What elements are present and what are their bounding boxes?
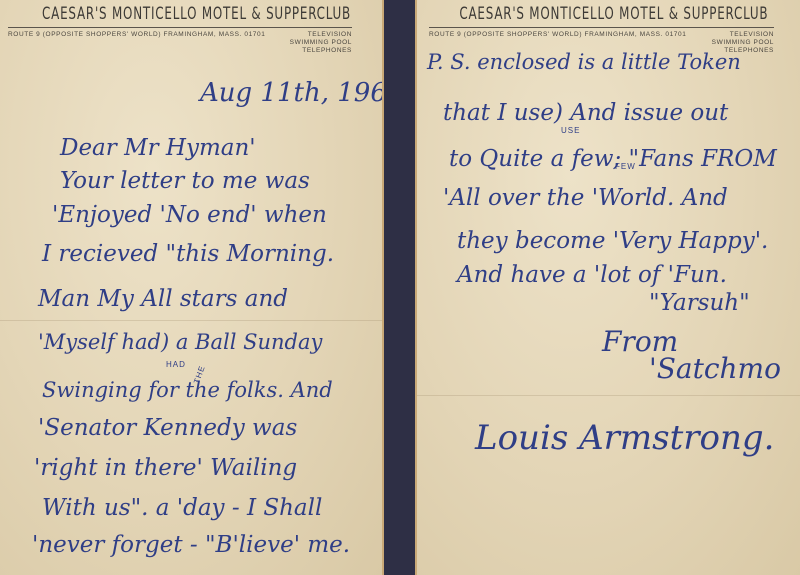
letter-line: 'All over the 'World. And	[443, 185, 728, 211]
letterhead-address: ROUTE 9 (OPPOSITE SHOPPERS' WORLD) FRAMI…	[8, 31, 265, 38]
paper-fold	[0, 320, 382, 321]
letter-line: they become 'Very Happy'.	[457, 228, 768, 254]
letter-line: Swinging for the folks. And	[42, 378, 333, 402]
letter-line: that I use) And issue out	[443, 100, 728, 126]
letter-line: P. S. enclosed is a little Token	[427, 50, 741, 74]
amenity-television: TELEVISION	[712, 31, 774, 39]
letter-date: Aug 11th, 1967	[200, 78, 384, 108]
amenity-pool: SWIMMING POOL	[712, 39, 774, 47]
letter-line: Man My All stars and	[38, 286, 288, 312]
letterhead-title: CAESAR'S MONTICELLO MOTEL & SUPPERCLUB	[42, 4, 340, 24]
letter-line: 'Enjoyed 'No end' when	[52, 202, 327, 228]
letterhead-amenities: TELEVISION SWIMMING POOL TELEPHONES	[290, 31, 352, 55]
letter-line: 'Myself had) a Ball Sunday	[38, 330, 322, 354]
letterhead-address: ROUTE 9 (OPPOSITE SHOPPERS' WORLD) FRAMI…	[429, 31, 686, 38]
annotation-use: USE	[561, 126, 580, 135]
letter-line: to Quite a few; "Fans FROM	[449, 146, 777, 172]
amenity-pool: SWIMMING POOL	[290, 39, 352, 47]
annotation-few: FEW	[615, 162, 636, 171]
letter-line: I recieved "this Morning.	[42, 241, 334, 267]
letter-line: Your letter to me was	[60, 168, 310, 194]
annotation-had: HAD	[166, 360, 186, 369]
letterhead-rule	[8, 27, 352, 28]
letter-line: 'Senator Kennedy was	[38, 415, 297, 441]
letter-line: And have a 'lot of 'Fun.	[457, 262, 727, 288]
letter-line: 'right in there' Wailing	[34, 455, 297, 481]
letter-line: Dear Mr Hyman'	[60, 135, 256, 161]
letter-line: "Yarsuh"	[649, 290, 750, 316]
amenity-telephones: TELEPHONES	[290, 47, 352, 55]
signature-louis-armstrong: Louis Armstrong.	[475, 418, 774, 458]
letter-line: 'never forget - "B'lieve' me.	[32, 532, 350, 558]
letterhead-rule	[429, 27, 774, 28]
paper-fold	[417, 395, 800, 396]
amenity-television: TELEVISION	[290, 31, 352, 39]
frame-mat-divider	[384, 0, 413, 575]
letter-line: With us". a 'day - I Shall	[42, 495, 322, 521]
signature-satchmo: 'Satchmo	[649, 352, 781, 385]
letterhead-title: CAESAR'S MONTICELLO MOTEL & SUPPERCLUB	[459, 4, 759, 24]
letter-page-1: CAESAR'S MONTICELLO MOTEL & SUPPERCLUB R…	[0, 0, 384, 575]
letter-page-2: CAESAR'S MONTICELLO MOTEL & SUPPERCLUB R…	[415, 0, 800, 575]
